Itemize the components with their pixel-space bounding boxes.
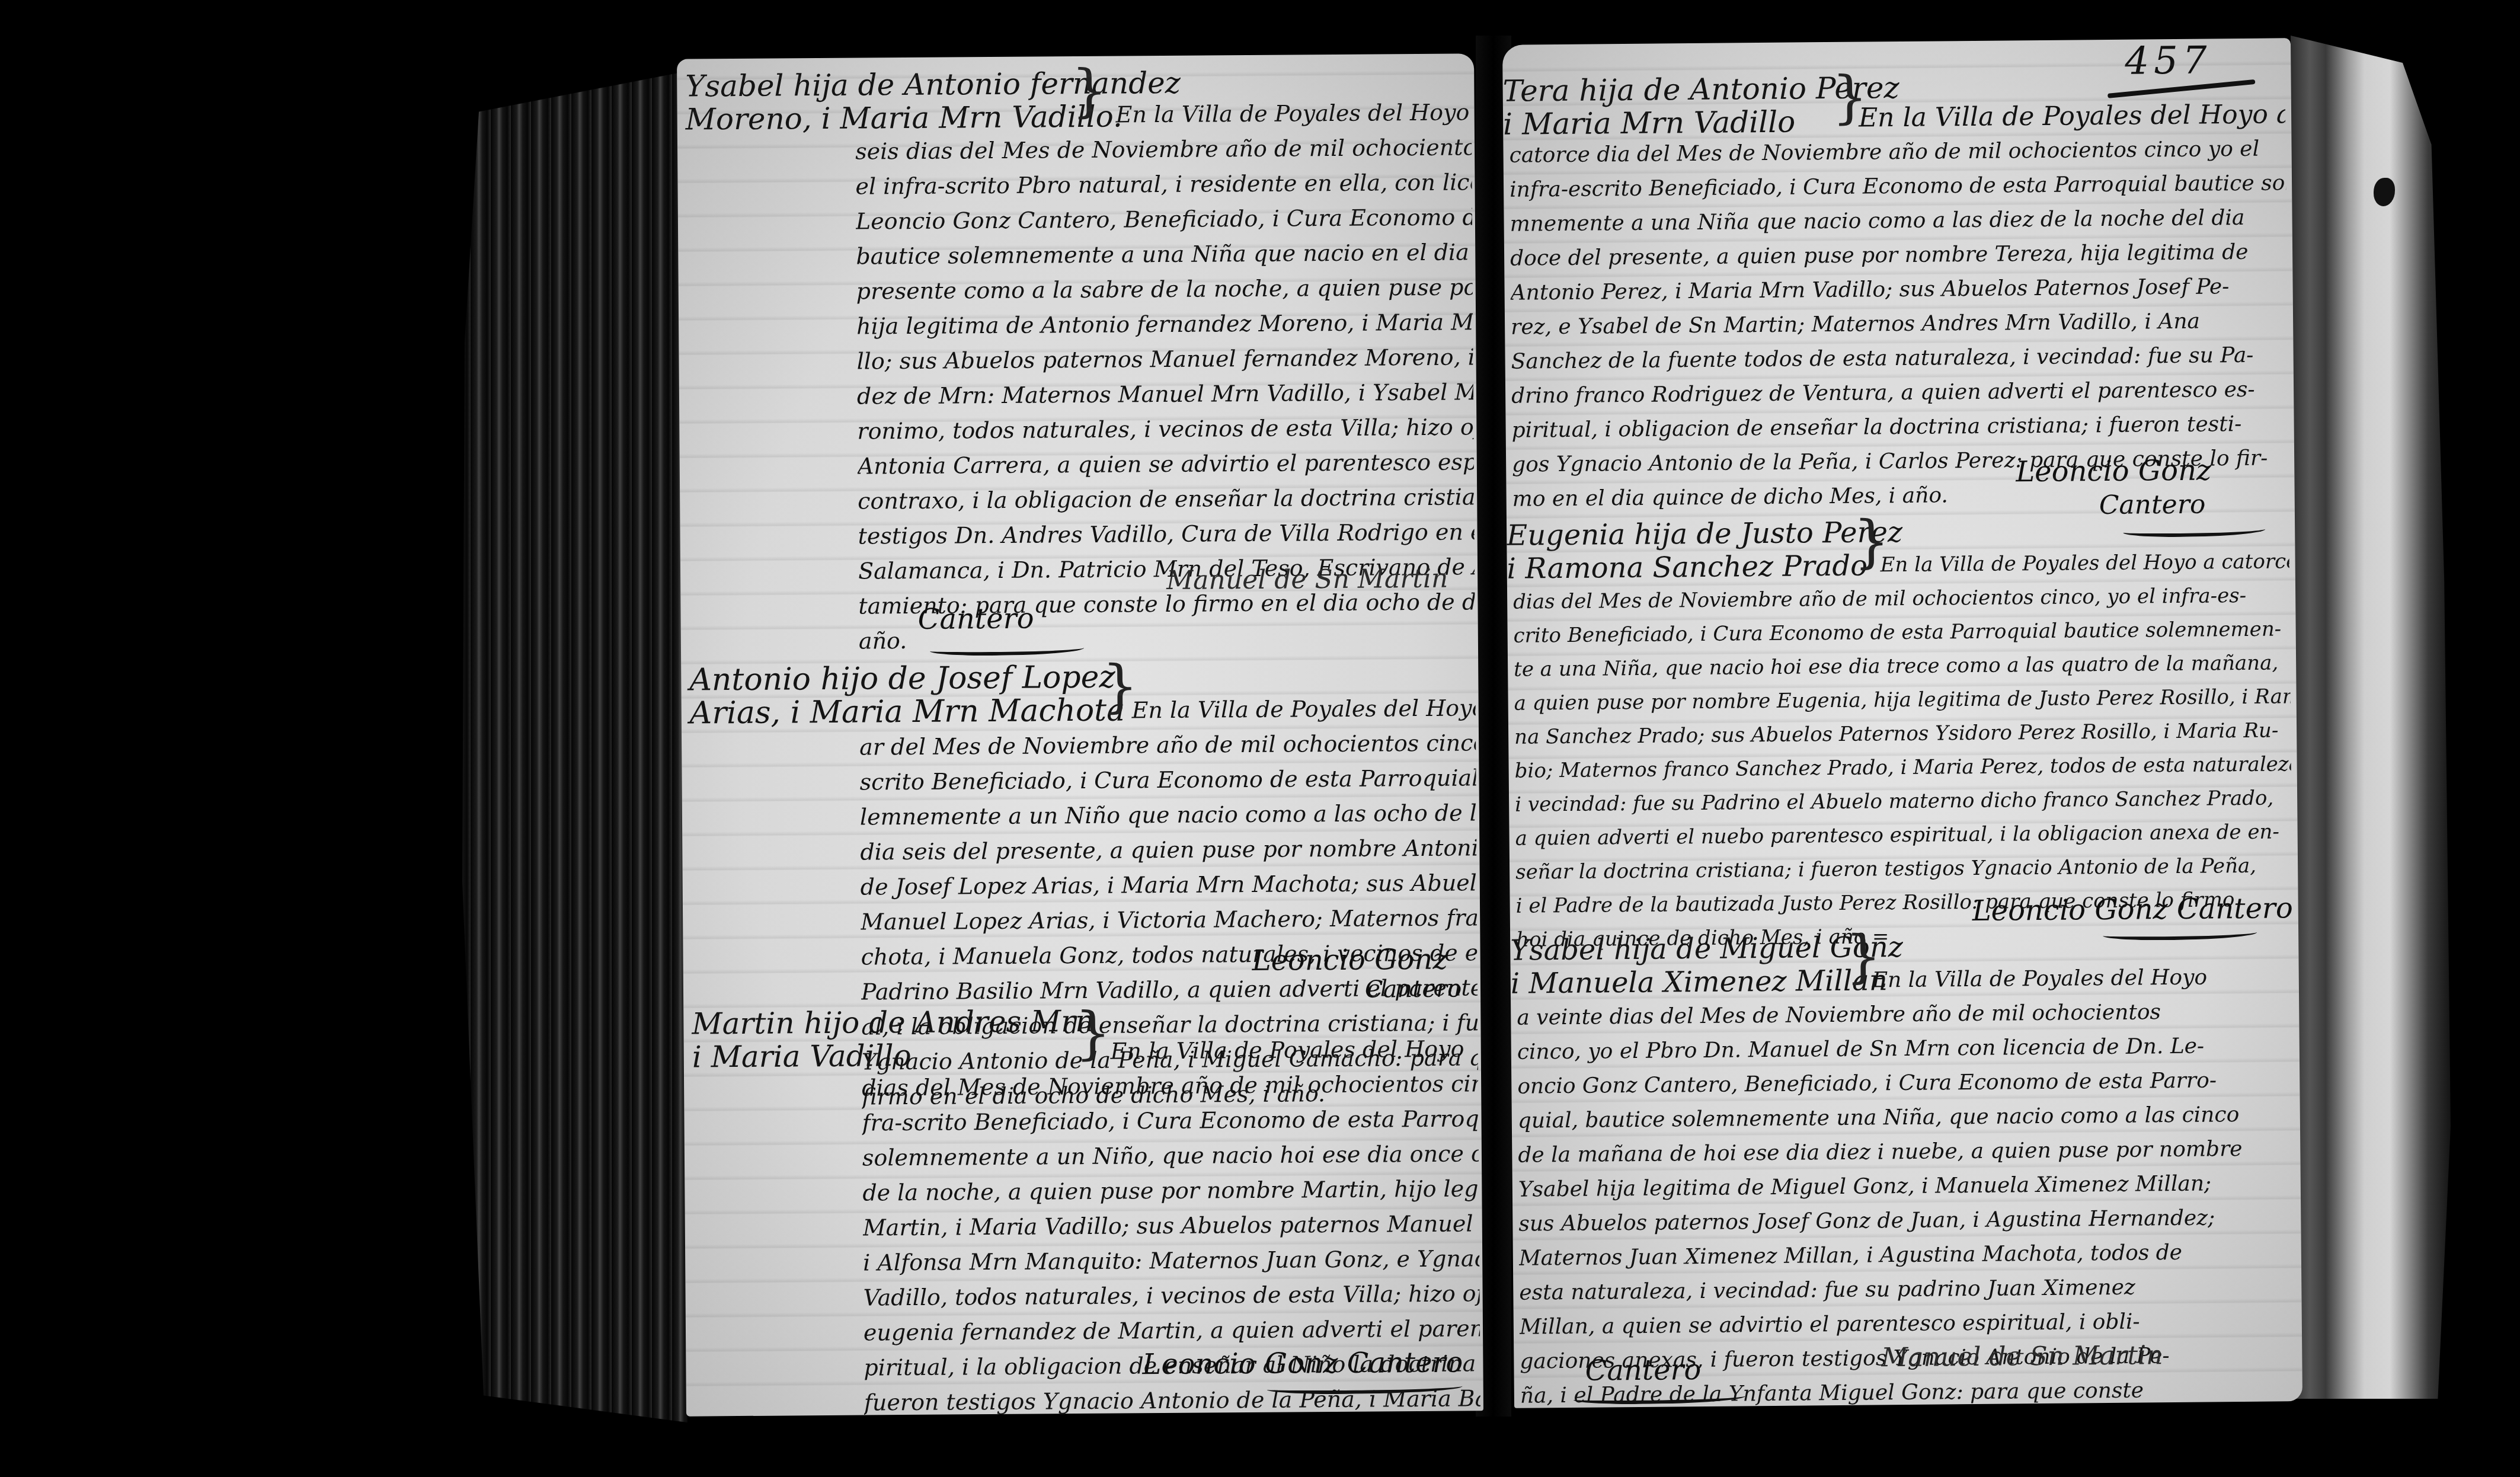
text-line: Manuel Lopez Arias, i Victoria Machero; … xyxy=(861,900,1477,939)
text-line: dias del Mes de Noviembre año de mil och… xyxy=(862,1066,1478,1105)
text-line: Antonia Carrera, a quien se advirtio el … xyxy=(858,445,1474,484)
text-line: testigos Dn. Andres Vadillo, Cura de Vil… xyxy=(858,514,1474,554)
text-line: fra-scrito Beneficiado, i Cura Economo d… xyxy=(862,1101,1478,1140)
text-line: de la noche, a quien puse por nombre Mar… xyxy=(862,1171,1479,1210)
text-line: En la Villa de Poyales del Hoyo xyxy=(1517,960,2293,1000)
text-line: lemnemente a un Niño que nacio como a la… xyxy=(860,795,1476,835)
entry-text: En la Villa de Poyales del Hoyo a veinte… xyxy=(1517,960,2297,1408)
text-line: dez de Mrn: Maternos Manuel Mrn Vadillo,… xyxy=(857,375,1473,414)
text-line: En la Villa de Poyales del Hoyo a xyxy=(855,95,1472,134)
ink-blot xyxy=(2374,178,2395,206)
margin-line: Ysabel hija de Miguel Gonz xyxy=(1510,931,1903,967)
left-page: Ysabel hija de Antonio fernandez Moreno,… xyxy=(677,53,1483,1416)
text-line: llo; sus Abuelos paternos Manuel fernand… xyxy=(856,340,1473,379)
signature: Manuel de Sn Martin xyxy=(1166,564,1448,596)
book-page-stack-left xyxy=(450,71,687,1422)
signature: Cantero xyxy=(917,602,1034,636)
text-line: el infra-scrito Pbro natural, i resident… xyxy=(855,165,1472,204)
text-line: bautice solemnemente a una Niña que naci… xyxy=(856,235,1472,274)
signature: Cantero xyxy=(2099,490,2206,521)
signature: Leoncio Gonz xyxy=(1252,943,1447,977)
signature: Cantero xyxy=(1365,976,1462,1003)
text-line: i Alfonsa Mrn Manquito: Maternos Juan Go… xyxy=(863,1241,1479,1280)
text-line: dia seis del presente, a quien puse por … xyxy=(860,830,1476,869)
text-line: Maternos Juan Ximenez Millan, i Agustina… xyxy=(1519,1235,2295,1275)
text-line: solemnemente a un Niño, que nacio hoi es… xyxy=(862,1136,1479,1175)
book-page-stack-right xyxy=(2291,36,2451,1399)
signature: Cantero xyxy=(1585,1353,1701,1388)
text-line: ar del Mes de Noviembre año de mil ochoc… xyxy=(859,725,1476,765)
signature-flourish xyxy=(2123,525,2265,538)
signature: Leoncio Gonz Cantero xyxy=(1972,891,2293,928)
text-line: En la Villa de Poyales del Hoyo xyxy=(862,1031,1478,1070)
text-line: seis dias del Mes de Noviembre año de mi… xyxy=(855,130,1472,169)
text-line: de Josef Lopez Arias, i Maria Mrn Machot… xyxy=(861,865,1477,904)
text-line: En la Villa de Poyales del Hoyo a xyxy=(859,690,1476,730)
folio-number: 457 xyxy=(2125,39,2212,83)
text-line: Martin, i Maria Vadillo; sus Abuelos pat… xyxy=(863,1206,1479,1245)
text-line: Leoncio Gonz Cantero, Beneficiado, i Cur… xyxy=(856,200,1472,239)
signature: Leoncio Gonz Cantero xyxy=(1142,1346,1463,1382)
right-page: 457 Tera hija de Antonio Perez i Maria M… xyxy=(1502,38,2302,1408)
text-line: presente como a la sabre de la noche, a … xyxy=(856,270,1473,309)
margin-line: Antonio hijo de Josef Lopez xyxy=(689,660,1125,696)
signature: Manuel de Sn Martin xyxy=(1881,1340,2163,1373)
text-line: contraxo, i la obligacion de enseñar la … xyxy=(858,479,1474,519)
text-line: Vadillo, todos naturales, i vecinos de e… xyxy=(863,1276,1479,1315)
text-line: eugenia fernandez de Martin, a quien adv… xyxy=(864,1311,1480,1350)
signature: Leoncio Gonz xyxy=(2016,453,2211,488)
text-line: hija legitima de Antonio fernandez Moren… xyxy=(856,305,1473,344)
margin-line: Eugenia hija de Justo Perez xyxy=(1507,516,1903,552)
text-line: scrito Beneficiado, i Cura Economo de es… xyxy=(859,760,1476,800)
text-line: ronimo, todos naturales, i vecinos de es… xyxy=(857,410,1473,449)
